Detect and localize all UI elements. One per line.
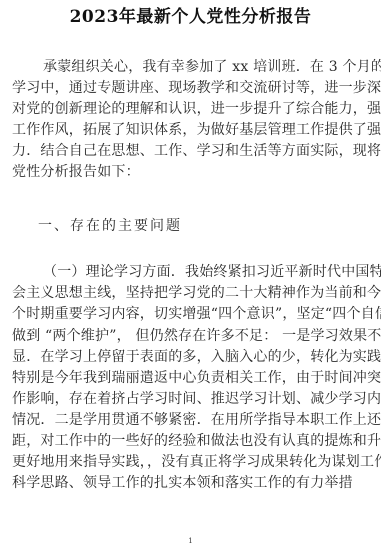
paragraph-line: 显．在学习上停留于表面的多，入脑入心的少，转化为实践的少． [12, 349, 369, 365]
paragraph-line: 承蒙组织关心，我有幸参加了 xx 培训班．在 3 个月的封闭 [43, 59, 369, 75]
paragraph-line: 距，对工作中的一些好的经验和做法也没有认真的提炼和升华， [12, 433, 369, 449]
paragraph-line: 学习中，通过专题讲座、现场教学和交流研讨等，进一步深化了 [12, 80, 369, 96]
paragraph-line: 党性分析报告如下： [12, 164, 369, 180]
paragraph-line: 做到 “两个维护”， 但仍然存在许多不足： 一是学习效果不够明 [12, 328, 369, 344]
paragraph-line: 特别是今年我到瑞丽遣返中心负责相关工作，由于时间冲突、工 [12, 370, 369, 386]
paragraph-line: （一）理论学习方面．我始终紧扣习近平新时代中国特色社 [43, 264, 369, 280]
paragraph-line: 科学思路、领导工作的扎实本领和落实工作的有力举措 [12, 475, 369, 491]
paragraph-line: 力．结合自己在思想、工作、学习和生活等方面实际，现将个人 [12, 143, 369, 159]
paragraph-line: 更好地用来指导实践，，没有真正将学习成果转化为谋划工作的 [12, 454, 369, 470]
paragraph-line: 作影响，存在着挤占学习时间、推迟学习计划、减少学习内容的 [12, 391, 369, 407]
page-number: 1 [0, 537, 381, 545]
paragraph-line: 个时期重要学习内容，切实增强“四个意识”，坚定“四个自信”， [12, 306, 369, 322]
document-title: 2023年最新个人党性分析报告 [0, 2, 381, 27]
paragraph-line: 会主义思想主线，坚持把学习党的二十大精神作为当前和今后一 [12, 285, 369, 301]
paragraph-line: 对党的创新理论的理解和认识，进一步提升了综合能力，强化了 [12, 101, 369, 117]
section-heading: 一、存在的主要问题 [38, 218, 182, 234]
paragraph-line: 情况．二是学用贯通不够紧密．在用所学指导本职工作上还有差 [12, 412, 369, 428]
paragraph-line: 工作作风，拓展了知识体系，为做好基层管理工作提供了强大助 [12, 122, 369, 138]
